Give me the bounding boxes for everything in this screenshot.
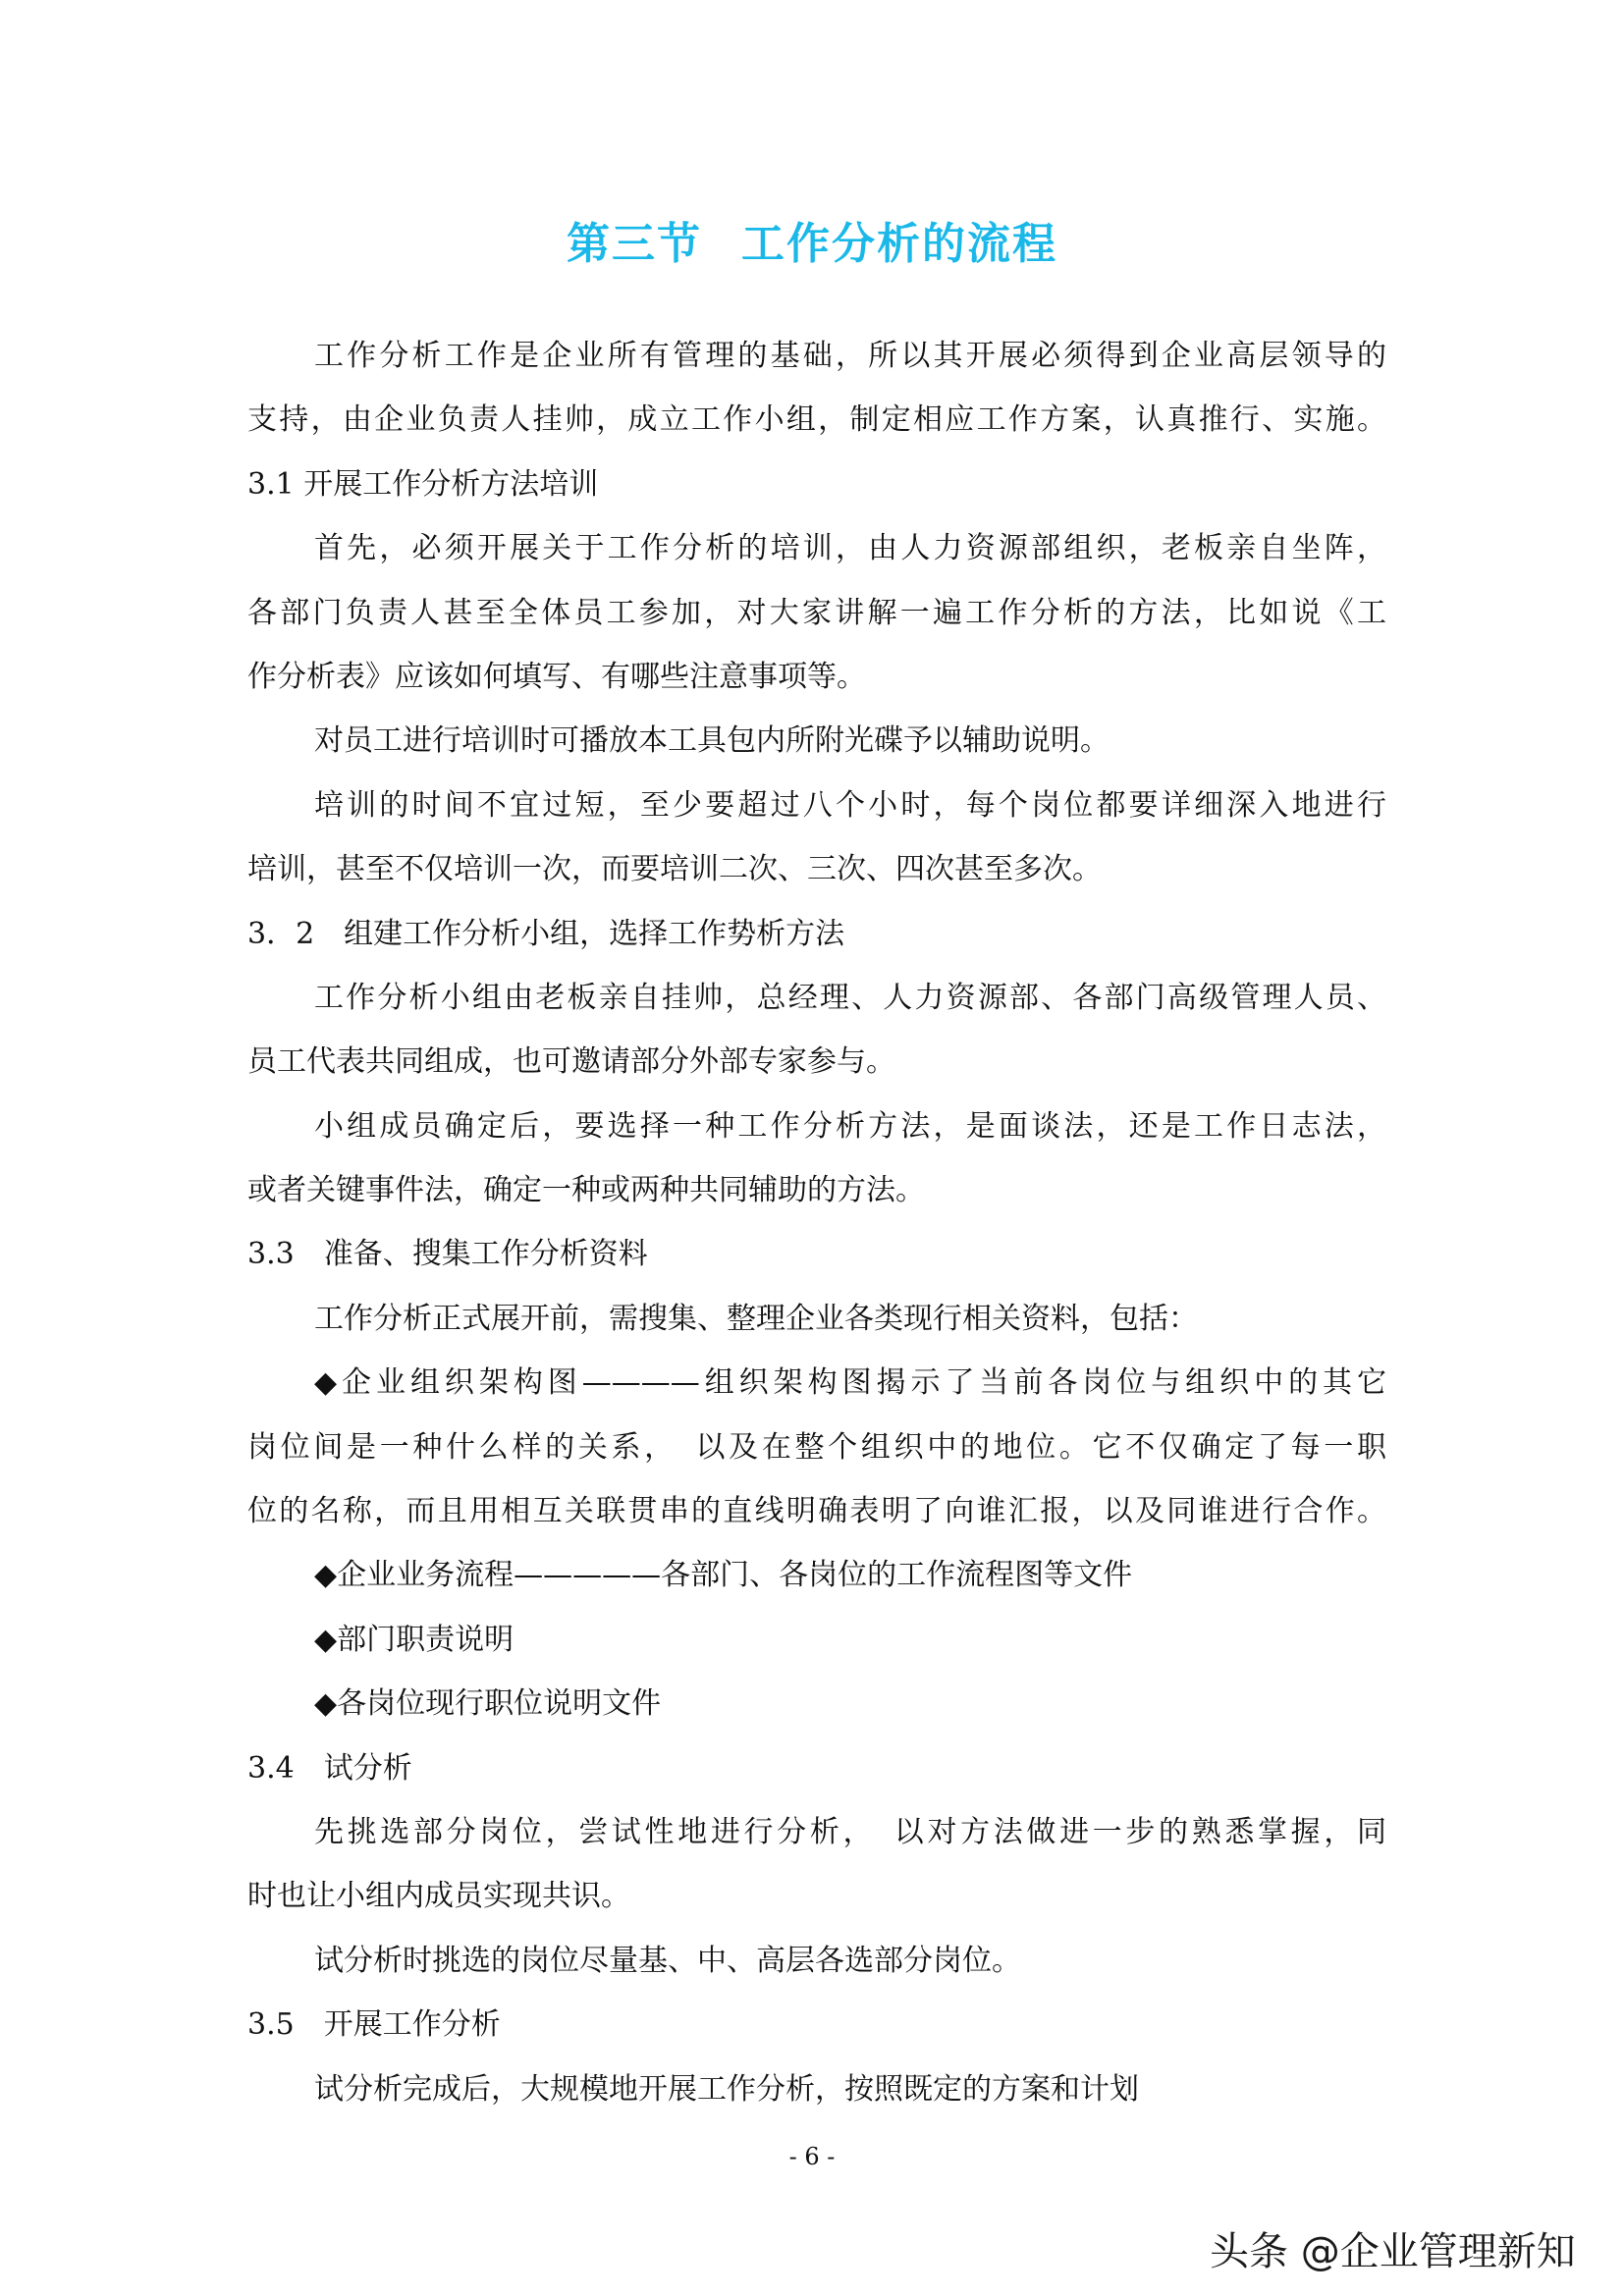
section-number: 第三节	[567, 219, 702, 269]
watermark: 头条 @企业管理新知	[1210, 2220, 1576, 2276]
page-title: 第三节工作分析的流程	[0, 208, 1624, 271]
section-heading-3-5: 3.5 开展工作分析	[247, 1993, 1386, 2056]
text-line: 位的名称，而且用相互关联贯串的直线明确表明了向谁汇报，以及同谁进行合作。	[247, 1479, 1386, 1543]
bullet-item: ◆企业组织架构图————组织架构图揭示了当前各岗位与组织中的其它	[247, 1351, 1386, 1415]
text-line: 培训的时间不宜过短，至少要超过八个小时，每个岗位都要详细深入地进行	[247, 774, 1386, 837]
page-number: - 6 -	[0, 2143, 1624, 2170]
text-line: 试分析时挑选的岗位尽量基、中、高层各选部分岗位。	[247, 1929, 1386, 1993]
section-heading-3-2: 3．2 组建工作分析小组，选择工作势析方法	[247, 902, 1386, 966]
text-line: 培训，甚至不仅培训一次，而要培训二次、三次、四次甚至多次。	[247, 837, 1386, 901]
section-title: 工作分析的流程	[741, 219, 1057, 269]
text-line: 员工代表共同组成，也可邀请部分外部专家参与。	[247, 1030, 1386, 1094]
text-line: 工作分析小组由老板亲自挂帅，总经理、人力资源部、各部门高级管理人员、	[247, 966, 1386, 1030]
text-line: 或者关键事件法，确定一种或两种共同辅助的方法。	[247, 1158, 1386, 1222]
bullet-item: ◆部门职责说明	[247, 1608, 1386, 1672]
text-line: 支持，由企业负责人挂帅，成立工作小组，制定相应工作方案，认真推行、实施。	[247, 388, 1386, 452]
document-body: 工作分析工作是企业所有管理的基础，所以其开展必须得到企业高层领导的 支持，由企业…	[247, 324, 1386, 2121]
text-line: 小组成员确定后，要选择一种工作分析方法，是面谈法，还是工作日志法，	[247, 1095, 1386, 1158]
text-line: 岗位间是一种什么样的关系， 以及在整个组织中的地位。它不仅确定了每一职	[247, 1415, 1386, 1479]
bullet-item: ◆各岗位现行职位说明文件	[247, 1672, 1386, 1735]
section-heading-3-4: 3.4 试分析	[247, 1736, 1386, 1800]
text-line: 对员工进行培训时可播放本工具包内所附光碟予以辅助说明。	[247, 709, 1386, 773]
bullet-item: ◆企业业务流程—————各部门、各岗位的工作流程图等文件	[247, 1543, 1386, 1607]
text-line: 时也让小组内成员实现共识。	[247, 1864, 1386, 1928]
text-line: 试分析完成后，大规模地开展工作分析，按照既定的方案和计划	[247, 2057, 1386, 2121]
section-heading-3-1: 3.1 开展工作分析方法培训	[247, 453, 1386, 516]
section-heading-3-3: 3.3 准备、搜集工作分析资料	[247, 1222, 1386, 1286]
text-line: 工作分析工作是企业所有管理的基础，所以其开展必须得到企业高层领导的	[247, 324, 1386, 388]
text-line: 首先，必须开展关于工作分析的培训，由人力资源部组织，老板亲自坐阵，	[247, 516, 1386, 580]
text-line: 各部门负责人甚至全体员工参加，对大家讲解一遍工作分析的方法，比如说《工	[247, 581, 1386, 645]
text-line: 工作分析正式展开前，需搜集、整理企业各类现行相关资料，包括：	[247, 1287, 1386, 1351]
text-line: 作分析表》应该如何填写、有哪些注意事项等。	[247, 645, 1386, 709]
text-line: 先挑选部分岗位，尝试性地进行分析， 以对方法做进一步的熟悉掌握，同	[247, 1800, 1386, 1864]
